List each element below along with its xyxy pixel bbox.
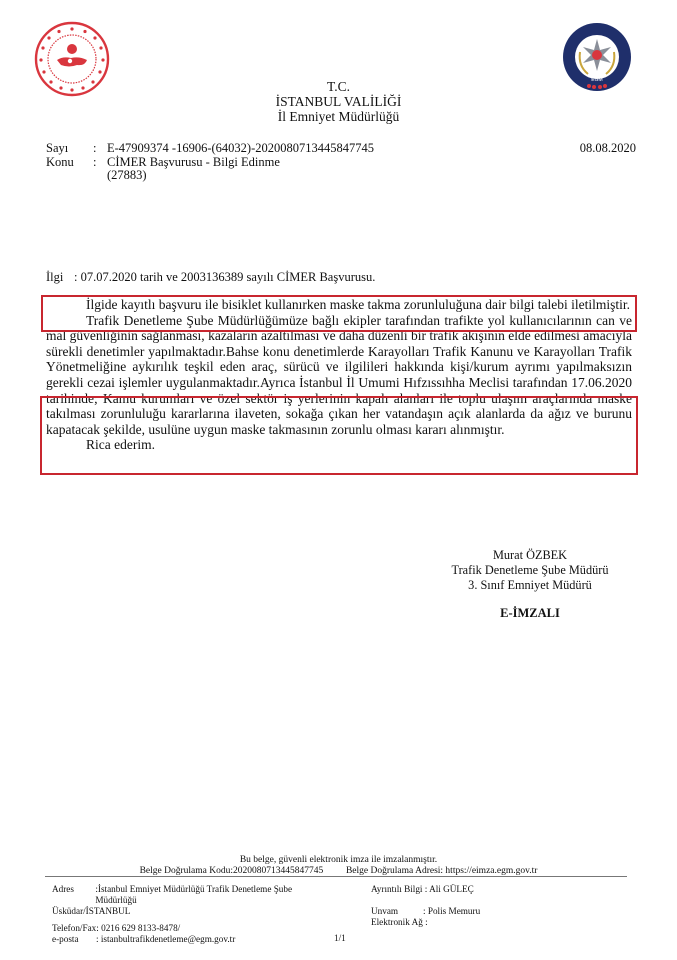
sayi-colon: :	[93, 142, 107, 156]
email-label: e-posta	[52, 934, 96, 945]
e-signed-label: E-İMZALI	[420, 606, 640, 621]
address-label: Adres	[52, 884, 95, 906]
header-tc: T.C.	[0, 79, 677, 94]
konu-value: CİMER Başvurusu - Bilgi Edinme	[107, 155, 280, 169]
address-city: Üsküdar/İSTANBUL	[52, 906, 332, 917]
sayi-row: Sayı : E-47909374 -16906-(64032)-2020080…	[46, 142, 636, 156]
detail-contact: Ayrıntılı Bilgi : Ali GÜLEÇ	[371, 884, 591, 895]
konu-row: Konu : CİMER Başvurusu - Bilgi Edinme (2…	[46, 156, 636, 183]
footer-divider	[45, 876, 627, 877]
sayi-label: Sayı	[46, 142, 93, 156]
reference-line: İlgi: 07.07.2020 tarih ve 2003136389 say…	[46, 270, 375, 285]
konu-label: Konu	[46, 156, 93, 183]
verification-code: Belge Doğrulama Kodu:2020080713445847745	[140, 866, 324, 876]
verification-block: Bu belge, güvenli elektronik imza ile im…	[0, 855, 677, 877]
document-meta: Sayı : E-47909374 -16906-(64032)-2020080…	[46, 142, 636, 183]
verification-address[interactable]: Belge Doğrulama Adresi: https://eimza.eg…	[346, 866, 537, 876]
header-governorship: İSTANBUL VALİLİĞİ	[0, 94, 677, 109]
document-date: 08.08.2020	[580, 142, 636, 156]
footer-contact: Adres :İstanbul Emniyet Müdürlüğü Trafik…	[52, 884, 332, 945]
title-label: Unvam	[371, 906, 423, 917]
document-header: T.C. İSTANBUL VALİLİĞİ İl Emniyet Müdürl…	[0, 79, 677, 124]
konu-number: (27883)	[107, 168, 147, 182]
title-value: : Polis Memuru	[423, 906, 480, 917]
address-value: :İstanbul Emniyet Müdürlüğü Trafik Denet…	[95, 884, 332, 906]
signature-block: Murat ÖZBEK Trafik Denetleme Şube Müdürü…	[420, 548, 640, 621]
electronic-network: Elektronik Ağ :	[371, 917, 591, 928]
signer-title: Trafik Denetleme Şube Müdürü	[420, 563, 640, 578]
ilgi-value: : 07.07.2020 tarih ve 2003136389 sayılı …	[74, 270, 375, 284]
highlight-box-request	[41, 295, 637, 332]
page-number: 1/1	[334, 933, 346, 943]
signer-rank: 3. Sınıf Emniyet Müdürü	[420, 578, 640, 593]
phone-fax: Telefon/Fax: 0216 629 8133-8478/	[52, 923, 332, 934]
email-value[interactable]: : istanbultrafikdenetleme@egm.gov.tr	[96, 934, 235, 945]
header-directorate: İl Emniyet Müdürlüğü	[0, 109, 677, 124]
footer-details: Ayrıntılı Bilgi : Ali GÜLEÇ Unvam : Poli…	[371, 884, 591, 928]
ilgi-label: İlgi	[46, 270, 74, 285]
konu-colon: :	[93, 156, 107, 183]
verification-note: Bu belge, güvenli elektronik imza ile im…	[0, 855, 677, 866]
highlight-box-mask-decision	[40, 396, 638, 475]
signer-name: Murat ÖZBEK	[420, 548, 640, 563]
sayi-value: E-47909374 -16906-(64032)-20200807134458…	[107, 142, 636, 156]
